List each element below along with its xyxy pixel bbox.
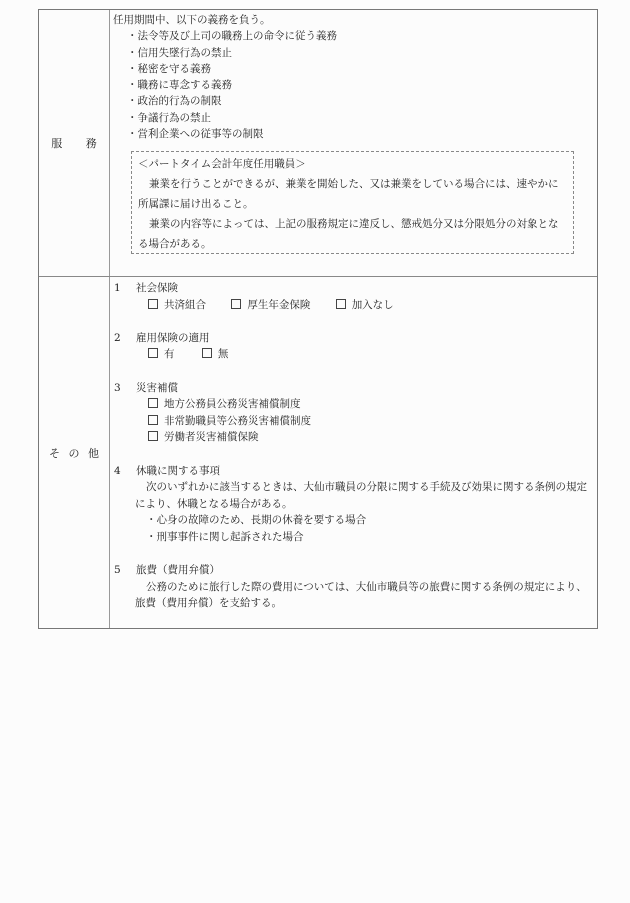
leave-bullet: 心身の故障のため、長期の休養を要する場合 <box>113 512 597 529</box>
part-time-note-box: ＜パートタイム会計年度任用職員＞ 兼業を行うことができるが、兼業を開始した、又は… <box>131 151 574 254</box>
other-content: 1 社会保険 共済組合 厚生年金保険 加入なし 2 雇用保険の適用 有 無 3 <box>110 277 597 628</box>
duties-label: 服 務 <box>39 10 110 276</box>
checkbox-option[interactable]: 労働者災害補償保険 <box>113 429 597 446</box>
checkbox-option[interactable]: 地方公務員公務災害補償制度 <box>113 396 597 413</box>
checkbox-icon[interactable] <box>148 299 158 309</box>
checkbox-option[interactable]: 加入なし <box>336 297 394 314</box>
section-employment-insurance: 2 雇用保険の適用 <box>113 330 597 347</box>
checkbox-icon[interactable] <box>148 415 158 425</box>
duties-intro: 任用期間中、以下の義務を負う。 <box>113 12 597 28</box>
checkbox-icon[interactable] <box>148 398 158 408</box>
checkbox-icon[interactable] <box>202 348 212 358</box>
checkbox-option[interactable]: 有 <box>148 346 175 363</box>
note-paragraph-2: 兼業の内容等によっては、上記の服務規定に違反し、懲戒処分又は分限処分の対象となる… <box>138 214 567 254</box>
checkbox-option[interactable]: 厚生年金保険 <box>231 297 310 314</box>
leave-bullet: 刑事事件に関し起訴された場合 <box>113 529 597 546</box>
duty-item: 争議行為の禁止 <box>113 110 597 126</box>
checkbox-icon[interactable] <box>336 299 346 309</box>
duty-item: 営利企業への従事等の制限 <box>113 126 597 142</box>
checkbox-option[interactable]: 非常勤職員等公務災害補償制度 <box>113 413 597 430</box>
note-title: ＜パートタイム会計年度任用職員＞ <box>138 154 567 174</box>
duty-item: 秘密を守る義務 <box>113 61 597 77</box>
section-travel-expenses: 5 旅費（費用弁償） <box>113 562 597 579</box>
checkbox-icon[interactable] <box>231 299 241 309</box>
duty-item: 信用失墜行為の禁止 <box>113 45 597 61</box>
duties-row: 服 務 任用期間中、以下の義務を負う。 法令等及び上司の職務上の命令に従う義務 … <box>39 10 597 277</box>
duties-content: 任用期間中、以下の義務を負う。 法令等及び上司の職務上の命令に従う義務 信用失墜… <box>110 10 597 276</box>
duty-item: 職務に専念する義務 <box>113 77 597 93</box>
travel-body: 公務のために旅行した際の費用については、大仙市職員等の旅費に関する条例の規定によ… <box>113 579 595 612</box>
other-label: そ の 他 <box>39 277 110 628</box>
duty-item: 政治的行為の制限 <box>113 93 597 109</box>
checkbox-icon[interactable] <box>148 431 158 441</box>
section-title: 旅費（費用弁償） <box>136 562 220 579</box>
social-insurance-options: 共済組合 厚生年金保険 加入なし <box>113 297 597 314</box>
section-title: 社会保険 <box>136 280 178 297</box>
leave-body: 次のいずれかに該当するときは、大仙市職員の分限に関する手続及び効果に関する条例の… <box>113 479 595 512</box>
section-title: 雇用保険の適用 <box>136 330 210 347</box>
other-row: そ の 他 1 社会保険 共済組合 厚生年金保険 加入なし 2 雇用保険の適用 … <box>39 277 597 628</box>
checkbox-option[interactable]: 無 <box>202 346 229 363</box>
checkbox-icon[interactable] <box>148 348 158 358</box>
section-title: 災害補償 <box>136 380 178 397</box>
section-title: 休職に関する事項 <box>136 463 220 480</box>
employment-insurance-options: 有 無 <box>113 346 597 363</box>
checkbox-option[interactable]: 共済組合 <box>148 297 206 314</box>
section-leave: 4 休職に関する事項 <box>113 463 597 480</box>
document-table: 服 務 任用期間中、以下の義務を負う。 法令等及び上司の職務上の命令に従う義務 … <box>38 9 598 629</box>
section-social-insurance: 1 社会保険 <box>113 280 597 297</box>
section-accident-compensation: 3 災害補償 <box>113 380 597 397</box>
duty-item: 法令等及び上司の職務上の命令に従う義務 <box>113 28 597 44</box>
note-paragraph-1: 兼業を行うことができるが、兼業を開始した、又は兼業をしている場合には、速やかに所… <box>138 174 567 214</box>
